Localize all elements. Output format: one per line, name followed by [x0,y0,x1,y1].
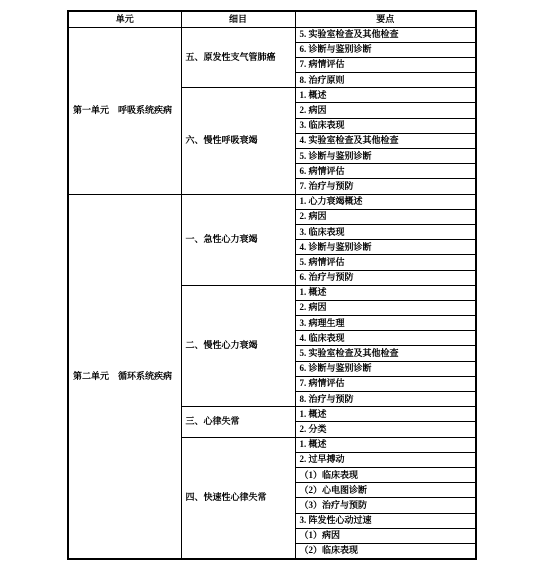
point-cell: 5. 诊断与鉴别诊断 [295,149,476,164]
section-cell: 六、慢性呼吸衰竭 [181,88,295,194]
point-cell: 4. 实验室检查及其他检查 [295,133,476,148]
point-cell: 5. 病情评估 [295,255,476,270]
section-cell: 五、原发性支气管肺癌 [181,27,295,88]
point-cell: 2. 病因 [295,300,476,315]
point-cell: （1）病因 [295,528,476,543]
point-cell: 3. 病理生理 [295,316,476,331]
document-page: 单元 细目 要点 第一单元 呼吸系统疾病 五、原发性支气管肺癌 5. 实验室检查… [0,0,542,562]
point-cell: 1. 概述 [295,437,476,452]
section-cell: 三、心律失常 [181,407,295,437]
unit-cell: 第二单元 循环系统疾病 [68,194,181,559]
point-cell: 3. 临床表现 [295,224,476,239]
section-cell: 四、快速性心律失常 [181,437,295,559]
point-cell: 7. 病情评估 [295,57,476,72]
point-cell: 8. 治疗与预防 [295,392,476,407]
point-cell: 6. 治疗与预防 [295,270,476,285]
syllabus-table: 单元 细目 要点 第一单元 呼吸系统疾病 五、原发性支气管肺癌 5. 实验室检查… [67,10,477,560]
point-cell: 6. 病情评估 [295,164,476,179]
point-cell: （2）临床表现 [295,543,476,558]
point-cell: 2. 分类 [295,422,476,437]
table-row: 第一单元 呼吸系统疾病 五、原发性支气管肺癌 5. 实验室检查及其他检查 [68,27,476,42]
point-cell: 2. 病因 [295,209,476,224]
point-cell: 8. 治疗原则 [295,73,476,88]
point-cell: 2. 过早搏动 [295,452,476,467]
point-cell: 5. 实验室检查及其他检查 [295,346,476,361]
header-unit: 单元 [68,11,181,27]
point-cell: 7. 治疗与预防 [295,179,476,194]
point-cell: 1. 概述 [295,285,476,300]
point-cell: 7. 病情评估 [295,376,476,391]
point-cell: 2. 病因 [295,103,476,118]
header-row: 单元 细目 要点 [68,11,476,27]
point-cell: 4. 诊断与鉴别诊断 [295,240,476,255]
point-cell: 6. 诊断与鉴别诊断 [295,361,476,376]
point-cell: （1）临床表现 [295,467,476,482]
point-cell: （2）心电图诊断 [295,483,476,498]
header-item: 细目 [181,11,295,27]
unit-cell: 第一单元 呼吸系统疾病 [68,27,181,194]
point-cell: 5. 实验室检查及其他检查 [295,27,476,42]
point-cell: 3. 临床表现 [295,118,476,133]
point-cell: 1. 心力衰竭概述 [295,194,476,209]
section-cell: 一、急性心力衰竭 [181,194,295,285]
table-row: 第二单元 循环系统疾病 一、急性心力衰竭 1. 心力衰竭概述 [68,194,476,209]
point-cell: 1. 概述 [295,407,476,422]
point-cell: 3. 阵发性心动过速 [295,513,476,528]
section-cell: 二、慢性心力衰竭 [181,285,295,407]
header-points: 要点 [295,11,476,27]
point-cell: 1. 概述 [295,88,476,103]
point-cell: 6. 诊断与鉴别诊断 [295,42,476,57]
point-cell: （3）治疗与预防 [295,498,476,513]
point-cell: 4. 临床表现 [295,331,476,346]
